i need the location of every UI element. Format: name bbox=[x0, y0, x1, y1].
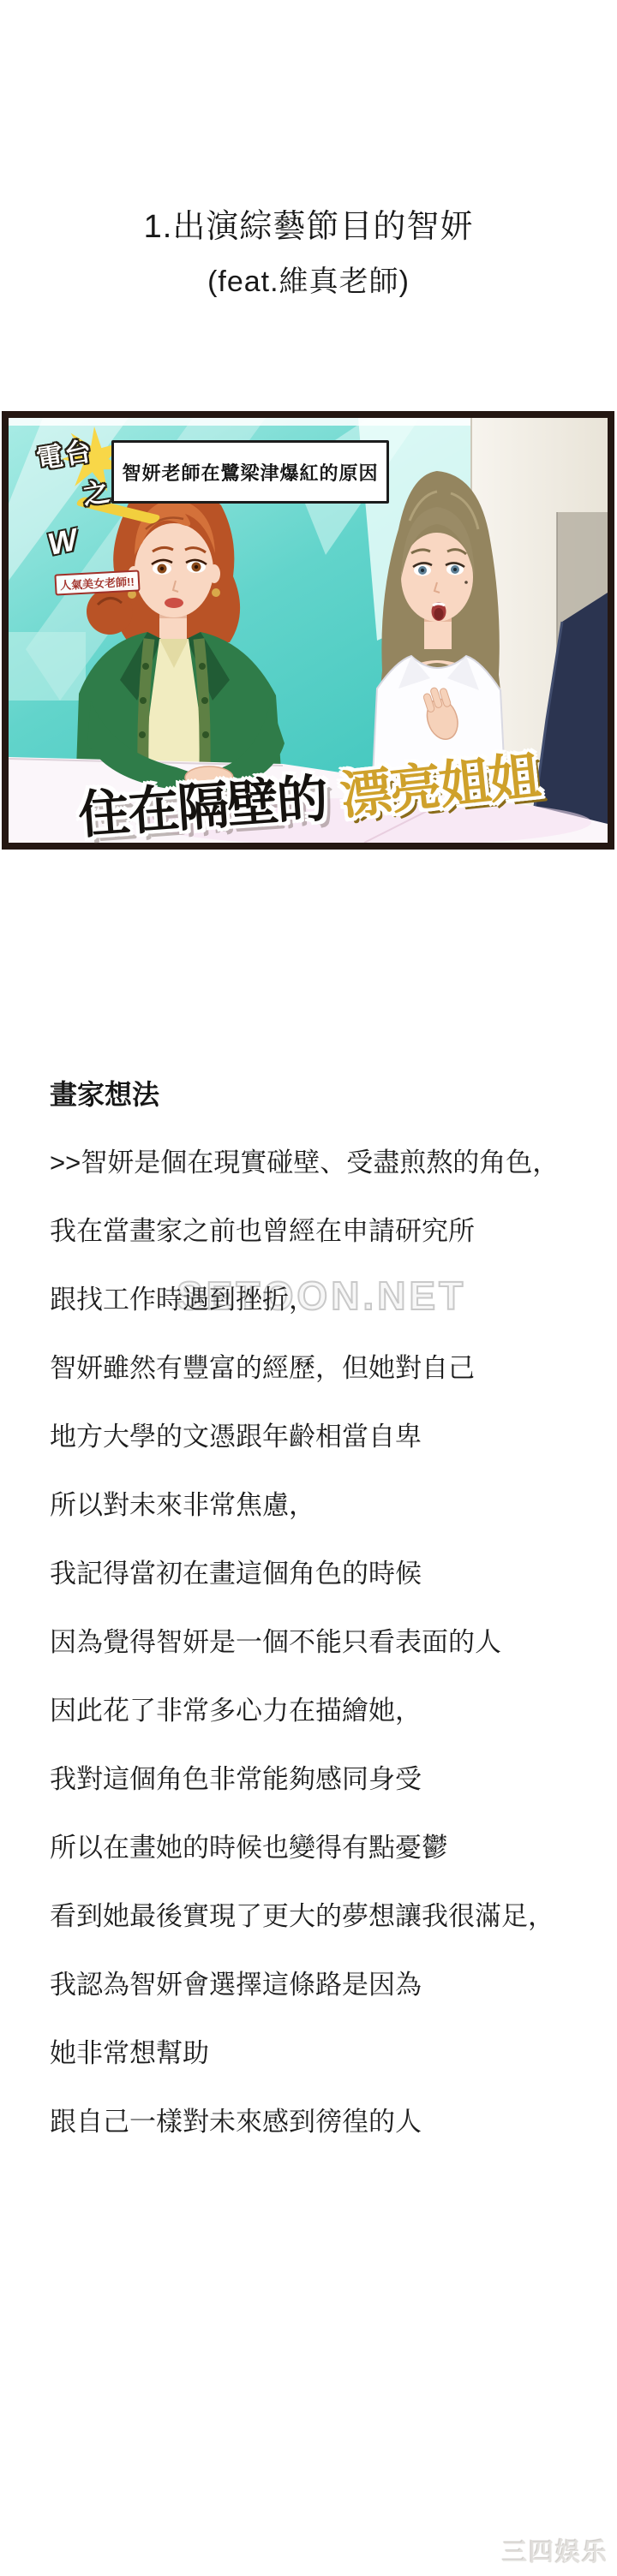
chapter-title-line2: (feat.維真老師) bbox=[0, 255, 617, 308]
artist-note-line: 看到她最後實現了更大的夢想讓我很滿足， bbox=[50, 1882, 603, 1951]
artist-note-line: 我對這個角色非常能夠感同身受 bbox=[50, 1745, 603, 1814]
caption-box: 智妍老師在鷺梁津爆紅的原因 bbox=[111, 440, 389, 504]
artist-note-line: 她非常想幫助 bbox=[50, 2019, 603, 2088]
artist-notes: 畫家想法 >>智妍是個在現實碰壁、受盡煎熬的角色，我在當畫家之前也曾經在申請研究… bbox=[50, 1060, 603, 2156]
artist-note-line: 跟找工作時遇到挫折， bbox=[50, 1266, 603, 1334]
comic-panel: 電台 之星 W 人氣美女老師!! 智妍老師在鷺梁津爆紅的原因 住在隔壁的漂亮姐姐 bbox=[2, 411, 614, 850]
artist-notes-body: >>智妍是個在現實碰壁、受盡煎熬的角色，我在當畫家之前也曾經在申請研究所跟找工作… bbox=[50, 1129, 603, 2156]
series-title-black-part: 住在隔壁的 bbox=[76, 770, 328, 844]
chapter-title: 1.出演綜藝節目的智妍 (feat.維真老師) bbox=[0, 199, 617, 308]
chapter-title-line1: 1.出演綜藝節目的智妍 bbox=[0, 199, 617, 255]
artist-note-line: 我記得當初在畫這個角色的時候 bbox=[50, 1540, 603, 1608]
artist-note-line: 所以在畫她的時候也變得有點憂鬱 bbox=[50, 1814, 603, 1882]
watermark-sansi-yule: 三四娱乐 bbox=[502, 2533, 608, 2568]
artist-note-line: 跟自己一樣對未來感到徬徨的人 bbox=[50, 2088, 603, 2156]
artist-notes-heading: 畫家想法 bbox=[50, 1060, 603, 1129]
artist-note-line: 地方大學的文憑跟年齡相當自卑 bbox=[50, 1403, 603, 1471]
artist-note-line: 因此花了非常多心力在描繪她， bbox=[50, 1677, 603, 1745]
caption-text: 智妍老師在鷺梁津爆紅的原因 bbox=[122, 459, 378, 486]
artist-note-line: >>智妍是個在現實碰壁、受盡煎熬的角色， bbox=[50, 1129, 603, 1197]
artist-note-line: 我認為智妍會選擇這條路是因為 bbox=[50, 1951, 603, 2019]
artist-note-line: 所以對未來非常焦慮， bbox=[50, 1471, 603, 1540]
artist-note-line: 因為覺得智妍是一個不能只看表面的人 bbox=[50, 1608, 603, 1677]
artist-note-line: 我在當畫家之前也曾經在申請研究所 bbox=[50, 1197, 603, 1266]
artist-note-line: 智妍雖然有豐富的經歷，但她對自己 bbox=[50, 1334, 603, 1403]
